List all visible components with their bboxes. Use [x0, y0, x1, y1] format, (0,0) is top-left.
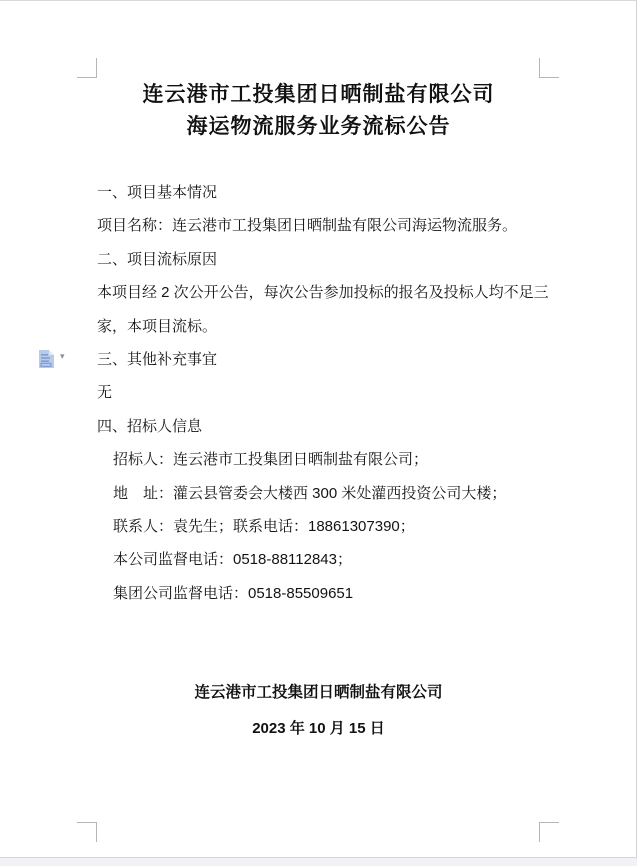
document-page: ▾ 连云港市工投集团日晒制盐有限公司 海运物流服务业务流标公告 一、项目基本情况… — [0, 0, 637, 858]
document-icon — [38, 349, 55, 369]
document-title: 连云港市工投集团日晒制盐有限公司 海运物流服务业务流标公告 — [0, 79, 637, 143]
chevron-down-icon: ▾ — [60, 352, 65, 361]
signature-date: 2023 年 10 月 15 日 — [0, 718, 637, 739]
margin-crop-mark-top-left — [77, 58, 97, 78]
body-line-contact: 联系人：袁先生；联系电话：18861307390； — [97, 510, 545, 543]
body-line-project-name: 项目名称：连云港市工投集团日晒制盐有限公司海运物流服务。 — [97, 209, 545, 242]
body-line-section-3-heading: 三、其他补充事宜 — [97, 343, 545, 376]
margin-crop-mark-top-right — [539, 58, 559, 78]
margin-crop-mark-bottom-left — [77, 822, 97, 842]
title-line-1: 连云港市工投集团日晒制盐有限公司 — [0, 79, 637, 111]
body-line-group-supervision-phone: 集团公司监督电话：0518-85509651 — [97, 577, 545, 610]
body-line-section-2-heading: 二、项目流标原因 — [97, 243, 545, 276]
body-line-company-supervision-phone: 本公司监督电话：0518-88112843； — [97, 543, 545, 576]
document-body: 一、项目基本情况 项目名称：连云港市工投集团日晒制盐有限公司海运物流服务。 二、… — [97, 176, 545, 610]
title-line-2: 海运物流服务业务流标公告 — [0, 111, 637, 143]
body-line-tenderer: 招标人：连云港市工投集团日晒制盐有限公司； — [97, 443, 545, 476]
body-line-section-4-heading: 四、招标人信息 — [97, 410, 545, 443]
margin-crop-mark-bottom-right — [539, 822, 559, 842]
body-line-section-1-heading: 一、项目基本情况 — [97, 176, 545, 209]
body-line-reason-2: 家，本项目流标。 — [97, 310, 545, 343]
body-line-address: 地 址：灌云县管委会大楼西 300 米处灌西投资公司大楼； — [97, 477, 545, 510]
signature-company: 连云港市工投集团日晒制盐有限公司 — [0, 682, 637, 703]
body-line-reason-1: 本项目经 2 次公开公告，每次公告参加投标的报名及投标人均不足三 — [97, 276, 545, 309]
margin-options-button[interactable]: ▾ — [38, 349, 65, 369]
body-line-none: 无 — [97, 376, 545, 409]
word-document-view: ▾ 连云港市工投集团日晒制盐有限公司 海运物流服务业务流标公告 一、项目基本情况… — [0, 0, 637, 866]
